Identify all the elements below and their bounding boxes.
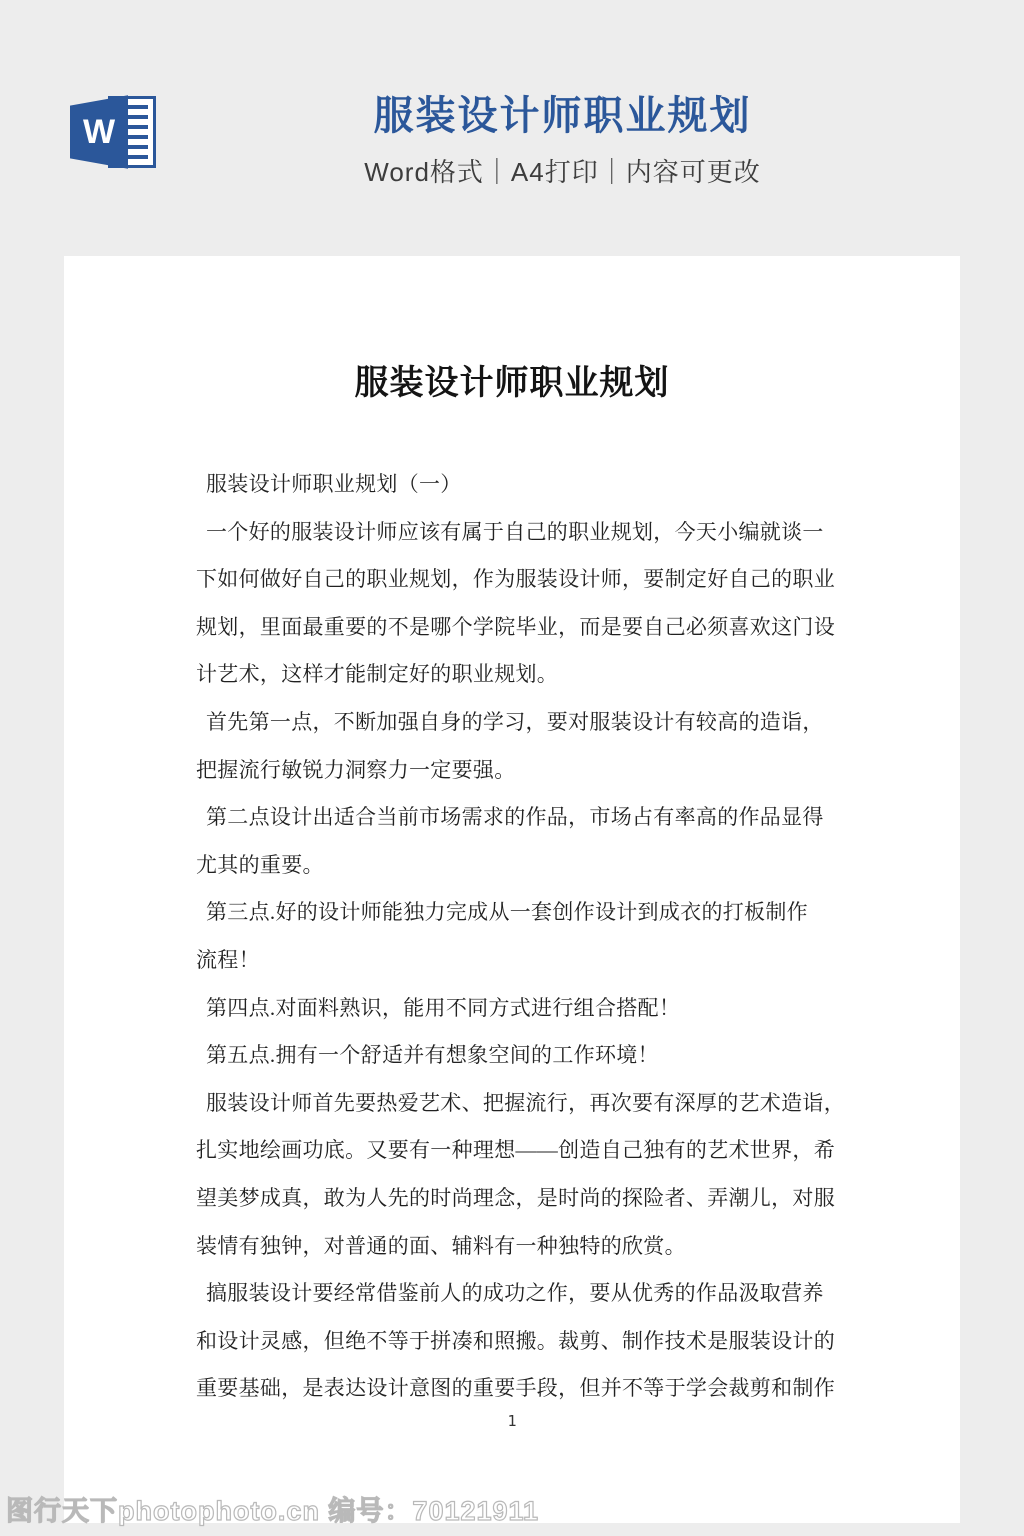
- doc-line: 重要基础，是表达设计意图的重要手段，但并不等于学会裁剪和制作: [196, 1365, 926, 1413]
- template-title: 服装设计师职业规划: [290, 92, 835, 140]
- doc-line: 把握流行敏锐力洞察力一定要强。: [196, 747, 926, 795]
- site-watermark: 图行天下photophoto.cn 编号：70121911: [6, 1489, 539, 1528]
- doc-line: 第四点.对面料熟识，能用不同方式进行组合搭配！: [196, 985, 926, 1033]
- doc-line: 装情有独钟，对普通的面、辅料有一种独特的欣赏。: [196, 1223, 926, 1271]
- document-body: 服装设计师职业规划（一） 一个好的服装设计师应该有属于自己的职业规划，今天小编就…: [196, 461, 926, 1413]
- doc-line: 服装设计师职业规划（一）: [196, 461, 926, 509]
- doc-line: 和设计灵感，但绝不等于拼凑和照搬。裁剪、制作技术是服装设计的: [196, 1318, 926, 1366]
- doc-line: 计艺术，这样才能制定好的职业规划。: [196, 651, 926, 699]
- doc-line: 服装设计师首先要热爱艺术、把握流行，再次要有深厚的艺术造诣，: [196, 1080, 926, 1128]
- doc-line: 一个好的服装设计师应该有属于自己的职业规划，今天小编就谈一: [196, 509, 926, 557]
- doc-line: 尤其的重要。: [196, 842, 926, 890]
- document-page: 服装设计师职业规划 服装设计师职业规划（一） 一个好的服装设计师应该有属于自己的…: [64, 256, 960, 1523]
- word-logo-icon: W: [70, 92, 156, 172]
- template-preview-header: W 服装设计师职业规划 Word格式｜A4打印｜内容可更改: [0, 0, 1024, 256]
- header-text-block: 服装设计师职业规划 Word格式｜A4打印｜内容可更改: [290, 92, 835, 189]
- doc-line: 第二点设计出适合当前市场需求的作品，市场占有率高的作品显得: [196, 794, 926, 842]
- template-subtitle: Word格式｜A4打印｜内容可更改: [290, 152, 835, 189]
- doc-line: 规划，里面最重要的不是哪个学院毕业，而是要自己必须喜欢这门设: [196, 604, 926, 652]
- doc-line: 下如何做好自己的职业规划，作为服装设计师，要制定好自己的职业: [196, 556, 926, 604]
- word-logo-panel: W: [70, 92, 128, 172]
- doc-line: 第三点.好的设计师能独力完成从一套创作设计到成衣的打板制作: [196, 889, 926, 937]
- doc-line: 扎实地绘画功底。又要有一种理想——创造自己独有的艺术世界，希: [196, 1127, 926, 1175]
- doc-line: 首先第一点，不断加强自身的学习，要对服装设计有较高的造诣，: [196, 699, 926, 747]
- document-title: 服装设计师职业规划: [64, 364, 960, 404]
- doc-line: 搞服装设计要经常借鉴前人的成功之作，要从优秀的作品汲取营养: [196, 1270, 926, 1318]
- page-number: 1: [64, 1409, 960, 1433]
- doc-line: 第五点.拥有一个舒适并有想象空间的工作环境！: [196, 1032, 926, 1080]
- doc-line: 望美梦成真，敢为人先的时尚理念，是时尚的探险者、弄潮儿，对服: [196, 1175, 926, 1223]
- word-w-letter: W: [83, 113, 115, 152]
- doc-line: 流程！: [196, 937, 926, 985]
